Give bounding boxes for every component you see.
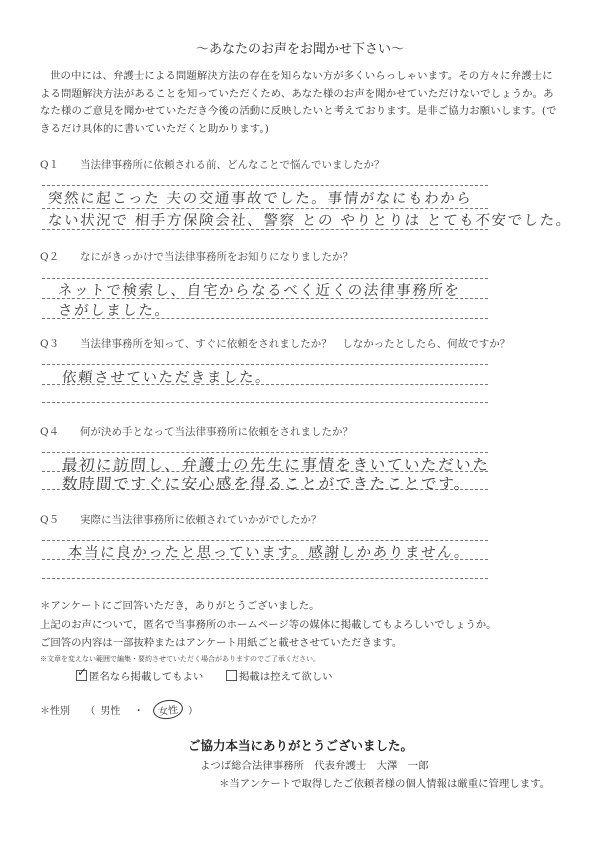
checkmark-icon: ✓ xyxy=(77,665,87,679)
handwritten-answer-1-line-1: 突然に起こった 夫の交通事故でした。事情がなにもわから xyxy=(47,187,473,208)
checkbox-checked[interactable]: ✓ xyxy=(76,670,87,681)
closing-thanks: ご協力本当にありがとうございました。 xyxy=(188,736,413,754)
option-label: 匿名なら掲載してもよい xyxy=(89,671,203,683)
question-number: Q３ xyxy=(40,336,80,351)
question-text: 当法律事務所を知って、すぐに依頼をされましたか？ しなかったとしたら、何故ですか… xyxy=(80,338,510,350)
office-signature: よつば総合法律事務所 代表弁護士 大澤 一郎 xyxy=(200,757,429,772)
handwritten-answer-3-line-1: 依頼させていただきました。 xyxy=(61,366,272,387)
handwritten-answer-2-line-1: ネットで検索し、自宅からなるべく近くの法律事務所を xyxy=(57,279,461,300)
consent-question: 上記のお声について，匿名で当事務所のホームページ等の媒体に掲載してもよろしいでし… xyxy=(40,616,497,631)
answer-line xyxy=(42,364,488,365)
answer-line xyxy=(42,185,488,186)
handwritten-answer-4-line-2: 数時間ですぐに安心感を得ることができたことです。 xyxy=(61,472,472,494)
question-5: Q５実際に当法律事務所に依頼されていかがでしたか？ xyxy=(40,512,322,527)
privacy-notice: ＊当アンケートで取得したご依頼者様の個人情報は厳重に管理します。 xyxy=(219,775,550,790)
question-text: なにがきっかけで当法律事務所をお知りになりましたか？ xyxy=(80,251,353,263)
handwritten-answer-5-line-1: 本当に良かったと思っています。感謝しかありません。 xyxy=(67,541,471,562)
consent-option-anonymous[interactable]: ✓匿名なら掲載してもよい xyxy=(76,668,203,683)
consent-thanks: ＊アンケートにご回答いただき，ありがとうございました。 xyxy=(40,597,320,612)
answer-line xyxy=(42,402,488,403)
question-1: Q１当法律事務所に依頼される前、どんなことで悩んでいましたか？ xyxy=(40,157,385,172)
question-number: Q５ xyxy=(40,512,80,527)
question-number: Q１ xyxy=(40,157,80,172)
gender-option-male[interactable]: 男性 xyxy=(100,706,120,717)
handwritten-answer-2-line-2: さがしました。 xyxy=(57,299,171,320)
option-label: 掲載は控えて欲しい xyxy=(239,671,333,683)
question-number: Q２ xyxy=(40,249,80,264)
question-4: Q４何が決め手となって当法律事務所に依頼をされましたか？ xyxy=(40,424,353,439)
checkbox-unchecked[interactable] xyxy=(226,670,237,681)
close-paren: ） xyxy=(188,706,198,717)
consent-option-decline[interactable]: 掲載は控えて欲しい xyxy=(226,668,333,683)
intro-paragraph: 世の中には、弁護士による問題解決方法の存在を知らない方が多くいらっしゃいます。そ… xyxy=(40,68,560,138)
question-text: 何が決め手となって当法律事務所に依頼をされましたか？ xyxy=(80,426,353,438)
gender-field: ＊性別 （ 男性 ・ 女性 ） xyxy=(40,700,198,719)
gender-label: ＊性別 xyxy=(40,706,70,717)
question-number: Q４ xyxy=(40,424,80,439)
question-2: Q２なにがきっかけで当法律事務所をお知りになりましたか？ xyxy=(40,249,353,264)
question-text: 実際に当法律事務所に依頼されていかがでしたか？ xyxy=(80,514,322,526)
consent-content: ご回答の内容は一部抜粋またはアンケート用紙ごと載せさせていただきます。 xyxy=(40,634,402,649)
open-paren: （ xyxy=(85,706,95,717)
question-3: Q３当法律事務所を知って、すぐに依頼をされましたか？ しなかったとしたら、何故で… xyxy=(40,336,510,351)
survey-title: ～あなたのお声をお聞かせ下さい～ xyxy=(0,38,600,57)
gender-option-female-circled[interactable]: 女性 xyxy=(152,698,184,721)
handwritten-answer-1-line-2: ない状況で 相手方保険会社、警察 との やりとりは とても不安でした。 xyxy=(47,209,572,230)
question-text: 当法律事務所に依頼される前、どんなことで悩んでいましたか？ xyxy=(80,159,385,171)
gender-separator: ・ xyxy=(134,706,144,717)
consent-note: ※文章を変えない範囲で編集・要約させていただく場合がありますのでご了承ください。 xyxy=(40,654,320,664)
answer-line xyxy=(42,578,488,579)
